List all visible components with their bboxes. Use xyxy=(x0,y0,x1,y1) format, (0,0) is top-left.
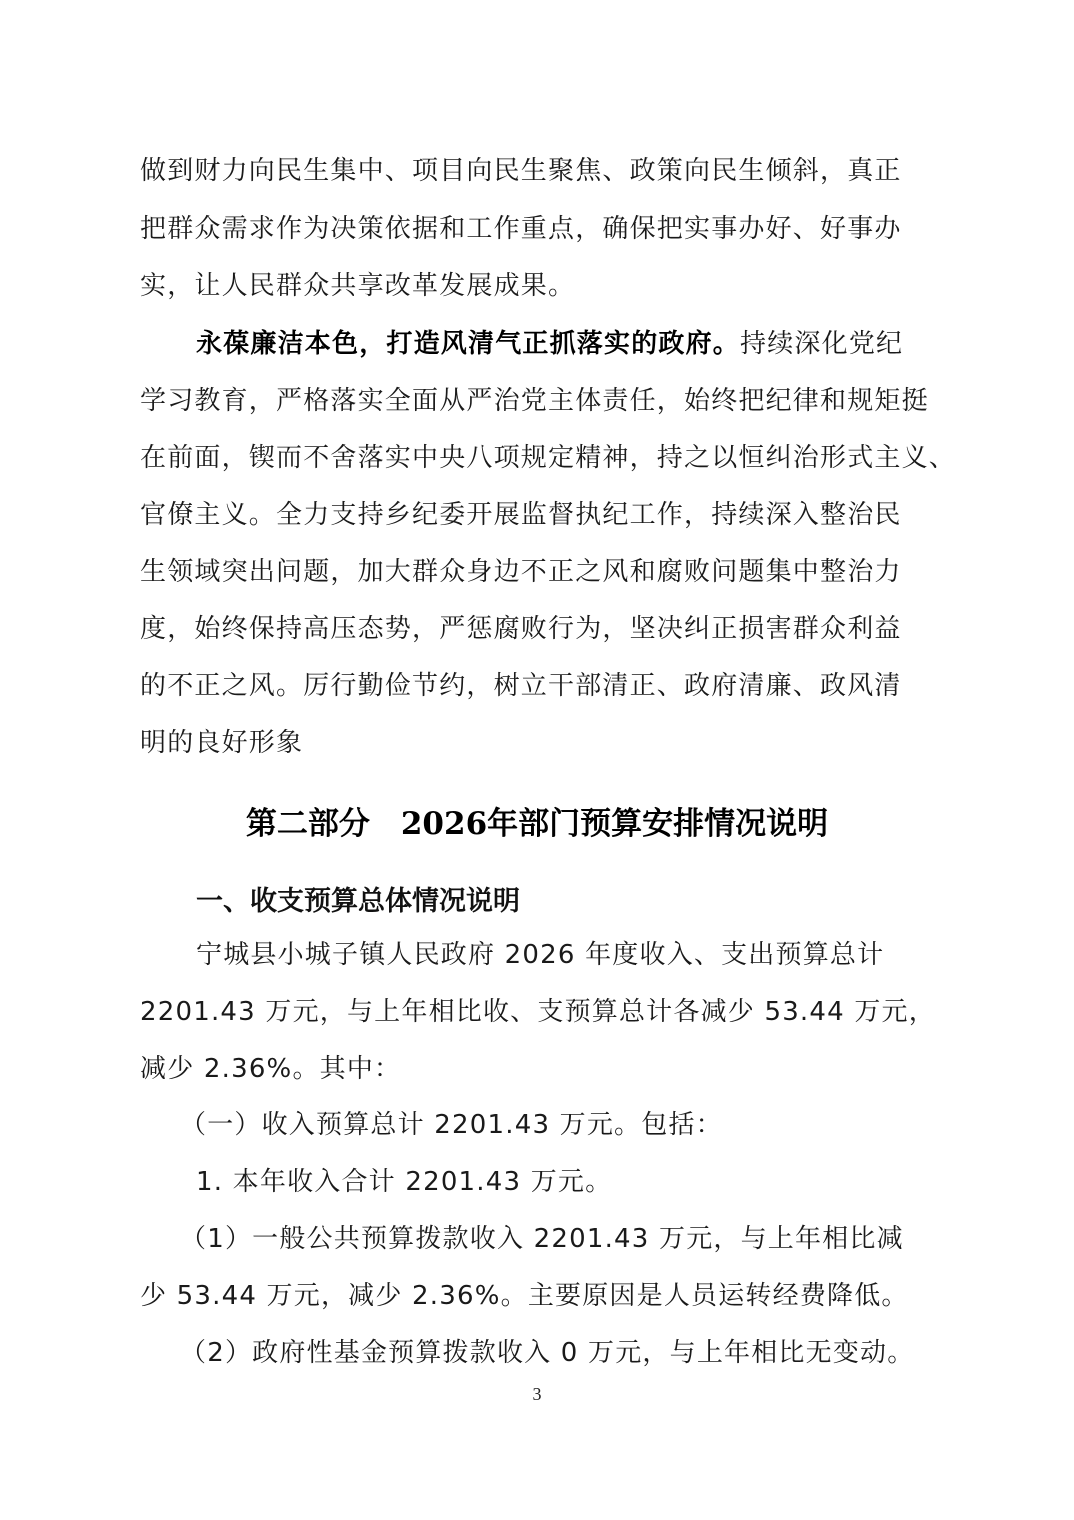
paragraph-2-line-1: 永葆廉洁本色，打造风清气正抓落实的政府。持续深化党纪 xyxy=(196,329,903,359)
general-budget-item-line-1: （1）一般公共预算拨款收入 2201.43 万元，与上年相比减 xyxy=(180,1224,904,1254)
paragraph-1-line-3: 实，让人民群众共享改革发展成果。 xyxy=(140,271,575,301)
paragraph-1-line-1: 做到财力向民生集中、项目向民生聚焦、政策向民生倾斜，真正 xyxy=(140,156,902,186)
paragraph-2-bold-lead: 永葆廉洁本色，打造风清气正抓落实的政府。 xyxy=(196,329,740,359)
income-total-item: （一）收入预算总计 2201.43 万元。包括： xyxy=(180,1110,723,1140)
paragraph-2-first-line-rest: 持续深化党纪 xyxy=(740,329,903,359)
paragraph-1-line-2: 把群众需求作为决策依据和工作重点，确保把实事办好、好事办 xyxy=(140,214,902,244)
paragraph-3-line-2: 2201.43 万元，与上年相比收、支预算总计各减少 53.44 万元， xyxy=(140,997,936,1027)
general-budget-item-line-2: 少 53.44 万元，减少 2.36%。主要原因是人员运转经费降低。 xyxy=(140,1281,909,1311)
government-fund-item: （2）政府性基金预算拨款收入 0 万元，与上年相比无变动。 xyxy=(180,1338,914,1368)
paragraph-2-line-5: 生领域突出问题，加大群众身边不正之风和腐败问题集中整治力 xyxy=(140,557,902,587)
section-title: 第二部分 2026年部门预算安排情况说明 xyxy=(0,806,1074,842)
paragraph-2-line-7: 的不正之风。厉行勤俭节约，树立干部清正、政府清廉、政风清 xyxy=(140,671,902,701)
paragraph-2-line-3: 在前面，锲而不舍落实中央八项规定精神，持之以恒纠治形式主义、 xyxy=(140,443,956,473)
paragraph-2-line-2: 学习教育，严格落实全面从严治党主体责任，始终把纪律和规矩挺 xyxy=(140,386,929,416)
subheading: 一、收支预算总体情况说明 xyxy=(196,886,520,918)
paragraph-3-line-3: 减少 2.36%。其中： xyxy=(140,1054,401,1084)
paragraph-2-line-4: 官僚主义。全力支持乡纪委开展监督执纪工作，持续深入整治民 xyxy=(140,500,902,530)
paragraph-2-line-8: 明的良好形象 xyxy=(140,728,303,758)
paragraph-2-line-6: 度，始终保持高压态势，严惩腐败行为，坚决纠正损害群众利益 xyxy=(140,614,902,644)
paragraph-3-line-1: 宁城县小城子镇人民政府 2026 年度收入、支出预算总计 xyxy=(196,940,884,970)
current-year-income-item: 1. 本年收入合计 2201.43 万元。 xyxy=(196,1167,612,1197)
page-number: 3 xyxy=(0,1384,1074,1405)
